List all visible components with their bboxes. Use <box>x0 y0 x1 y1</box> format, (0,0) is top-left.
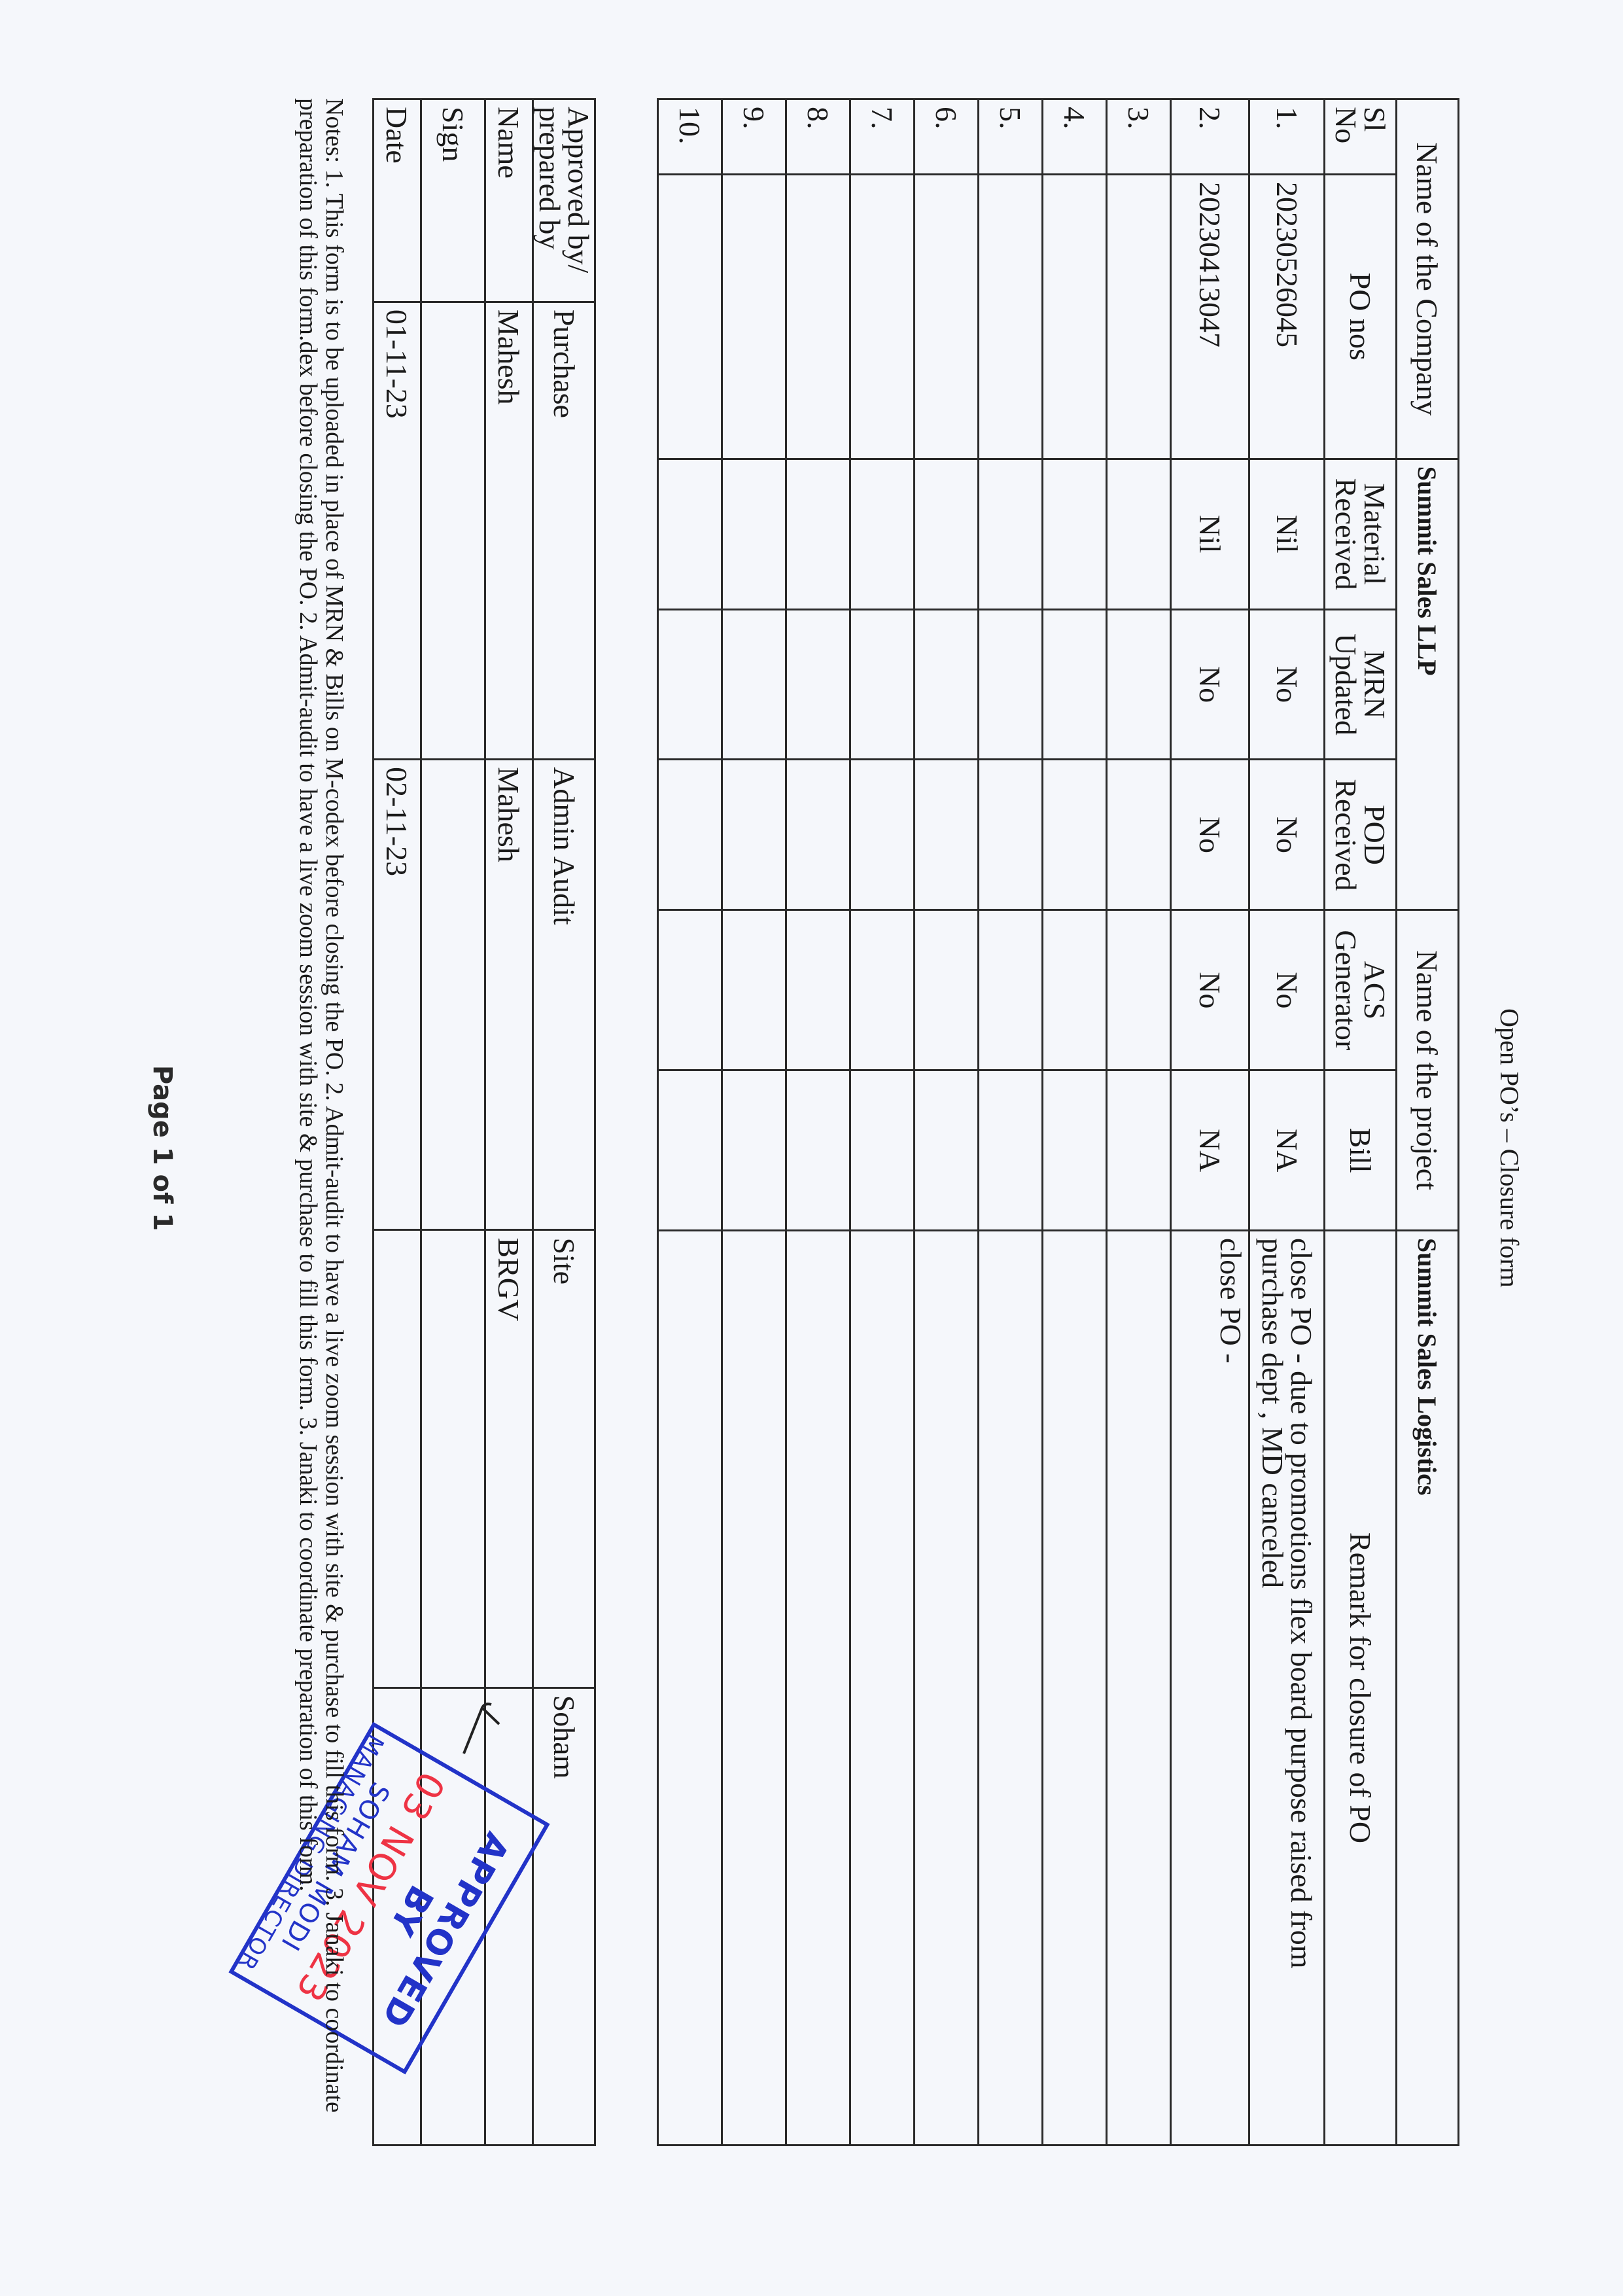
date-label: Date <box>374 99 421 302</box>
closure-form-page: Open PO’s – Closure form Name of the Com… <box>0 0 1623 2296</box>
cell-material: Nil <box>1171 459 1249 609</box>
cell-pod[interactable] <box>1043 760 1107 910</box>
cell-remark[interactable] <box>915 1231 979 2146</box>
cell-material: Nil <box>1249 459 1325 609</box>
cell-bill[interactable] <box>786 1070 850 1231</box>
cell-pod[interactable] <box>979 760 1043 910</box>
cell-pod[interactable] <box>658 760 722 910</box>
page-number: Page 1 of 1 <box>147 0 177 2296</box>
table-row: 10. <box>658 99 722 2146</box>
table-row: 3. <box>1107 99 1171 2146</box>
cell-acs[interactable] <box>1107 910 1171 1070</box>
company-row: Name of the Company Summit Sales LLP Nam… <box>1397 99 1459 2146</box>
cell-remark[interactable] <box>850 1231 915 2146</box>
cell-bill: NA <box>1249 1070 1325 1231</box>
cell-sl: 6. <box>915 99 979 175</box>
name-admin-audit: Mahesh <box>485 760 533 1230</box>
po-closure-table: Name of the Company Summit Sales LLP Nam… <box>657 98 1459 2146</box>
cell-po[interactable] <box>850 174 915 459</box>
cell-mrn[interactable] <box>1043 609 1107 760</box>
cell-pod[interactable] <box>915 760 979 910</box>
cell-po[interactable] <box>1107 174 1171 459</box>
cell-pod: No <box>1171 760 1249 910</box>
form-title: Open PO’s – Closure form <box>1494 0 1525 2296</box>
cell-material[interactable] <box>979 459 1043 609</box>
cell-sl: 2. <box>1171 99 1249 175</box>
cell-remark: close PO - due to promotions flex board … <box>1249 1231 1325 2146</box>
cell-acs[interactable] <box>1043 910 1107 1070</box>
cell-bill[interactable] <box>658 1070 722 1231</box>
notes-line-2: preparation of this form.dex before clos… <box>295 98 321 2166</box>
cell-remark[interactable] <box>658 1231 722 2146</box>
cell-sl: 5. <box>979 99 1043 175</box>
company-label: Name of the Company <box>1397 99 1459 459</box>
cell-po[interactable] <box>1043 174 1107 459</box>
cell-po[interactable] <box>786 174 850 459</box>
cell-material[interactable] <box>722 459 786 609</box>
cell-acs[interactable] <box>915 910 979 1070</box>
table-row: 4. <box>1043 99 1107 2146</box>
cell-material[interactable] <box>850 459 915 609</box>
cell-acs[interactable] <box>722 910 786 1070</box>
cell-bill[interactable] <box>979 1070 1043 1231</box>
cell-sl: 1. <box>1249 99 1325 175</box>
table-row: 6. <box>915 99 979 2146</box>
cell-po[interactable] <box>658 174 722 459</box>
name-purchase: Mahesh <box>485 302 533 759</box>
cell-po: 20230413047 <box>1171 174 1249 459</box>
cell-acs[interactable] <box>658 910 722 1070</box>
cell-sl: 9. <box>722 99 786 175</box>
cell-mrn[interactable] <box>979 609 1043 760</box>
approved-by-label: Approved by/prepared by <box>533 99 595 302</box>
project-value: Summit Sales Logistics <box>1397 1231 1459 2146</box>
cell-po[interactable] <box>979 174 1043 459</box>
sign-purchase[interactable] <box>421 302 485 759</box>
dept-admin-audit: Admin Audit <box>533 760 595 1230</box>
dept-site: Site <box>533 1230 595 1687</box>
cell-mrn: No <box>1171 609 1249 760</box>
cell-remark[interactable] <box>1043 1231 1107 2146</box>
col-acs-generator: ACSGenerator <box>1325 910 1397 1070</box>
cell-sl: 8. <box>786 99 850 175</box>
cell-mrn[interactable] <box>850 609 915 760</box>
table-row: 9. <box>722 99 786 2146</box>
cell-acs[interactable] <box>979 910 1043 1070</box>
cell-pod[interactable] <box>850 760 915 910</box>
cell-material[interactable] <box>1107 459 1171 609</box>
cell-sl: 10. <box>658 99 722 175</box>
cell-bill[interactable] <box>722 1070 786 1231</box>
table-row: 5. <box>979 99 1043 2146</box>
date-admin-audit: 02-11-23 <box>374 760 421 1230</box>
cell-bill[interactable] <box>1107 1070 1171 1231</box>
cell-remark: close PO - <box>1171 1231 1249 2146</box>
cell-mrn[interactable] <box>1107 609 1171 760</box>
cell-mrn[interactable] <box>786 609 850 760</box>
date-site <box>374 1230 421 1687</box>
sign-admin-audit[interactable] <box>421 760 485 1230</box>
cell-bill[interactable] <box>915 1070 979 1231</box>
cell-sl: 7. <box>850 99 915 175</box>
cell-acs: No <box>1171 910 1249 1070</box>
cell-acs[interactable] <box>786 910 850 1070</box>
dept-soham: Soham <box>533 1687 595 2145</box>
col-remark: Remark for closure of PO <box>1325 1231 1397 2146</box>
notes: Notes: 1. This form is to be uploaded in… <box>295 98 347 2166</box>
table-row: 7. <box>850 99 915 2146</box>
cell-remark[interactable] <box>1107 1231 1171 2146</box>
date-purchase: 01-11-23 <box>374 302 421 759</box>
column-header-row: SlNo PO nos MaterialReceived MRNUpdated … <box>1325 99 1397 2146</box>
signature-tick-icon <box>459 1701 504 1760</box>
col-mrn-updated: MRNUpdated <box>1325 609 1397 760</box>
cell-remark[interactable] <box>722 1231 786 2146</box>
col-po-nos: PO nos <box>1325 174 1397 459</box>
table-row: 8. <box>786 99 850 2146</box>
cell-bill[interactable] <box>1043 1070 1107 1231</box>
cell-sl: 4. <box>1043 99 1107 175</box>
name-label: Name <box>485 99 533 302</box>
cell-pod: No <box>1249 760 1325 910</box>
col-pod-received: PODReceived <box>1325 760 1397 910</box>
table-row: 2. 20230413047 Nil No No No NA close PO … <box>1171 99 1249 2146</box>
cell-remark[interactable] <box>786 1231 850 2146</box>
project-label: Name of the project <box>1397 910 1459 1231</box>
notes-line-1: Notes: 1. This form is to be uploaded in… <box>321 98 347 2166</box>
cell-po[interactable] <box>722 174 786 459</box>
sign-label: Sign <box>421 99 485 302</box>
company-value: Summit Sales LLP <box>1397 459 1459 910</box>
cell-mrn[interactable] <box>915 609 979 760</box>
name-site: BRGV <box>485 1230 533 1687</box>
cell-material[interactable] <box>658 459 722 609</box>
approval-role-row: Approved by/prepared by Purchase Admin A… <box>533 99 595 2146</box>
cell-sl: 3. <box>1107 99 1171 175</box>
cell-po: 20230526045 <box>1249 174 1325 459</box>
cell-bill[interactable] <box>850 1070 915 1231</box>
cell-material[interactable] <box>1043 459 1107 609</box>
col-bill: Bill <box>1325 1070 1397 1231</box>
cell-bill: NA <box>1171 1070 1249 1231</box>
sign-site[interactable] <box>421 1230 485 1687</box>
col-sl-no: SlNo <box>1325 99 1397 175</box>
dept-purchase: Purchase <box>533 302 595 759</box>
col-material-received: MaterialReceived <box>1325 459 1397 609</box>
cell-material[interactable] <box>786 459 850 609</box>
cell-mrn[interactable] <box>658 609 722 760</box>
cell-material[interactable] <box>915 459 979 609</box>
cell-pod[interactable] <box>1107 760 1171 910</box>
cell-mrn[interactable] <box>722 609 786 760</box>
cell-acs[interactable] <box>850 910 915 1070</box>
cell-mrn: No <box>1249 609 1325 760</box>
cell-pod[interactable] <box>722 760 786 910</box>
table-row: 1. 20230526045 Nil No No No NA close PO … <box>1249 99 1325 2146</box>
cell-acs: No <box>1249 910 1325 1070</box>
cell-remark[interactable] <box>979 1231 1043 2146</box>
cell-pod[interactable] <box>786 760 850 910</box>
cell-po[interactable] <box>915 174 979 459</box>
